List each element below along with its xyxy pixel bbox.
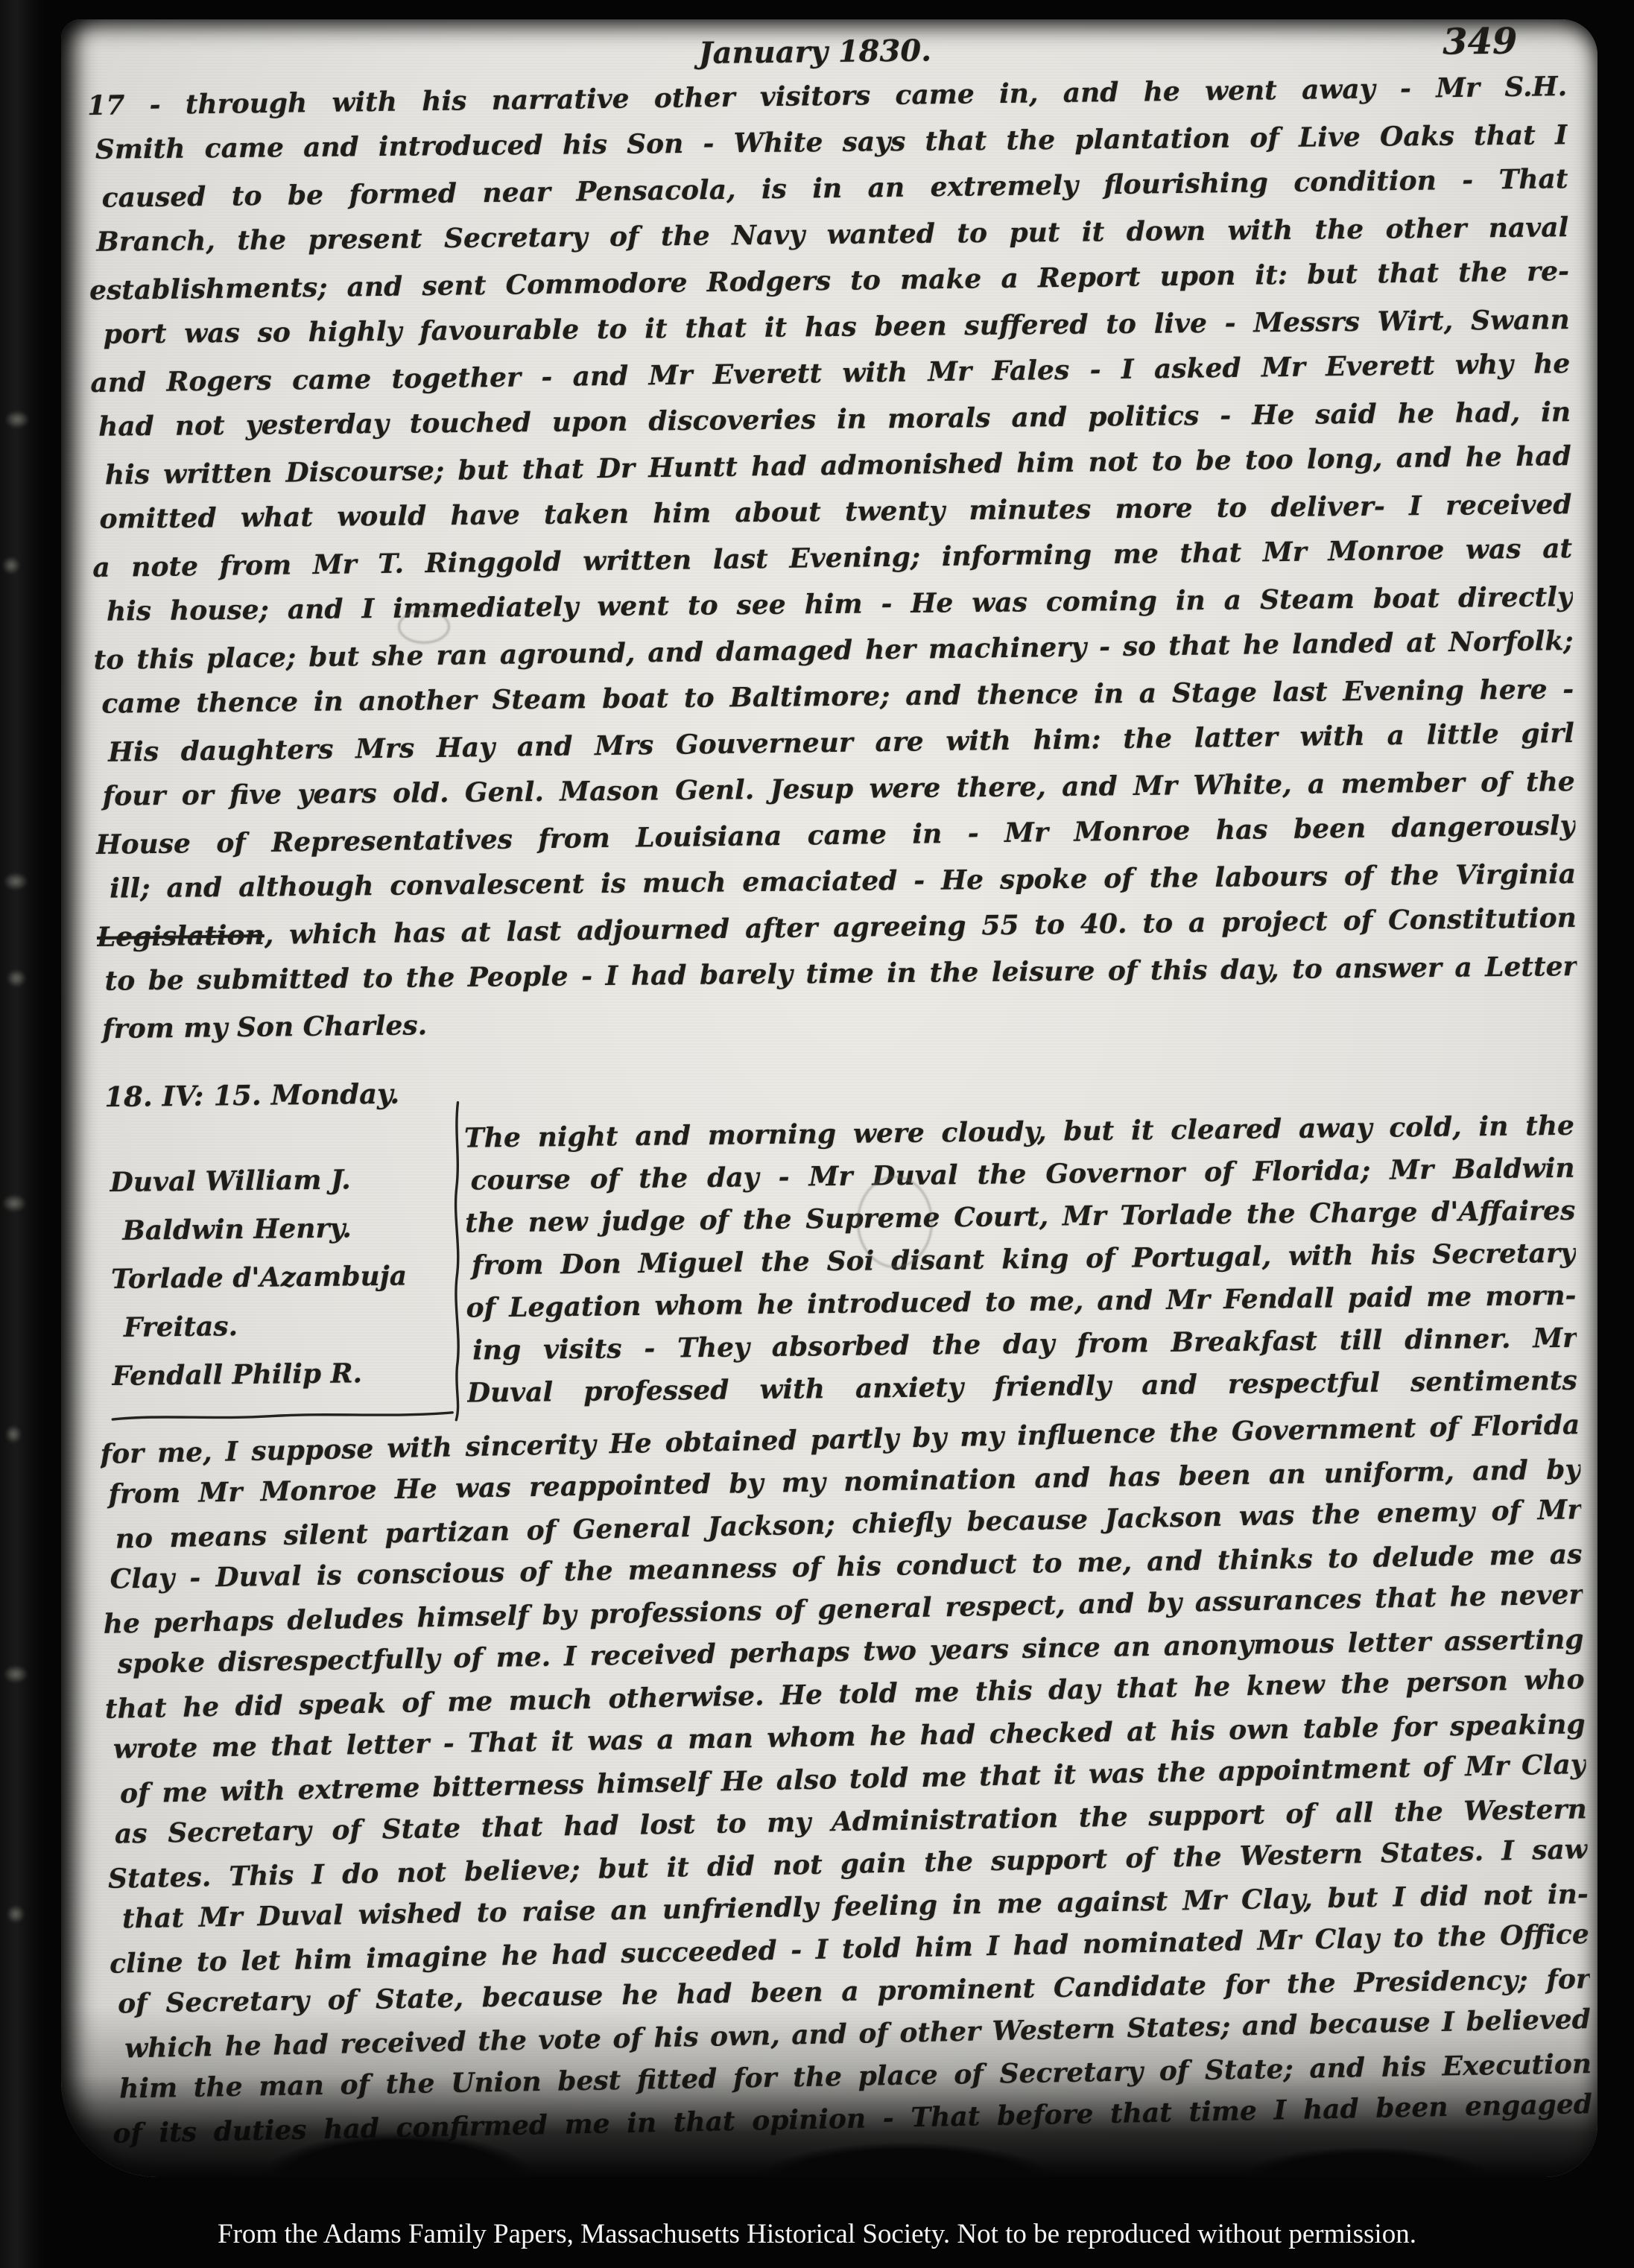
visitor-name-margin: Duval William J.Baldwin Henry.Torlade d'… [99, 1118, 453, 1428]
struck-word: Legislation [97, 919, 265, 953]
pencil-circle-mark [398, 609, 450, 644]
margin-rule-line [108, 1407, 458, 1425]
entry-18-indented-paragraph: The night and morning were cloudy, but i… [449, 1105, 1583, 1424]
archive-credit-caption: From the Adams Family Papers, Massachuse… [0, 2218, 1634, 2250]
margin-separator-line [446, 1101, 469, 1422]
page-bottom-shadow [61, 2006, 1597, 2177]
manuscript-line: Freitas. [111, 1300, 452, 1352]
film-edge-artifact [7, 970, 25, 986]
entry-18-visitor-block: Duval William J.Baldwin Henry.Torlade d'… [99, 1105, 1583, 1428]
film-edge-artifact [6, 411, 28, 428]
page-number: 349 [1443, 21, 1518, 63]
pencil-circle-mark [857, 1176, 933, 1268]
manuscript-ink-layer: January 1830. 349 17 - through with his … [61, 10, 1621, 2154]
visitor-name-list: Duval William J.Baldwin Henry.Torlade d'… [110, 1155, 452, 1401]
film-edge-artifact [3, 557, 19, 574]
film-edge-artifact [3, 1195, 25, 1211]
month-year-heading: January 1830. [698, 33, 931, 71]
manuscript-line: Baldwin Henry. [110, 1203, 451, 1255]
manuscript-line: Duval William J. [110, 1155, 450, 1207]
film-edge-artifact [6, 1426, 21, 1442]
line-fragment: , which has at last adjourned after agre… [264, 902, 1577, 951]
diary-page: January 1830. 349 17 - through with his … [61, 19, 1597, 2177]
film-edge-artifact [7, 1906, 24, 1922]
manuscript-line: Fendall Philip R. [112, 1349, 452, 1401]
film-edge-artifact [4, 873, 27, 890]
film-scan-background: { "page": { "header": { "date_heading": … [0, 0, 1634, 2268]
manuscript-line: Torlade d'Azambuja [111, 1252, 452, 1304]
film-edge-artifact [4, 1666, 27, 1682]
film-edge-strip [0, 0, 46, 2268]
entry-17-paragraph: 17 - through with his narrative other vi… [87, 65, 1577, 1005]
